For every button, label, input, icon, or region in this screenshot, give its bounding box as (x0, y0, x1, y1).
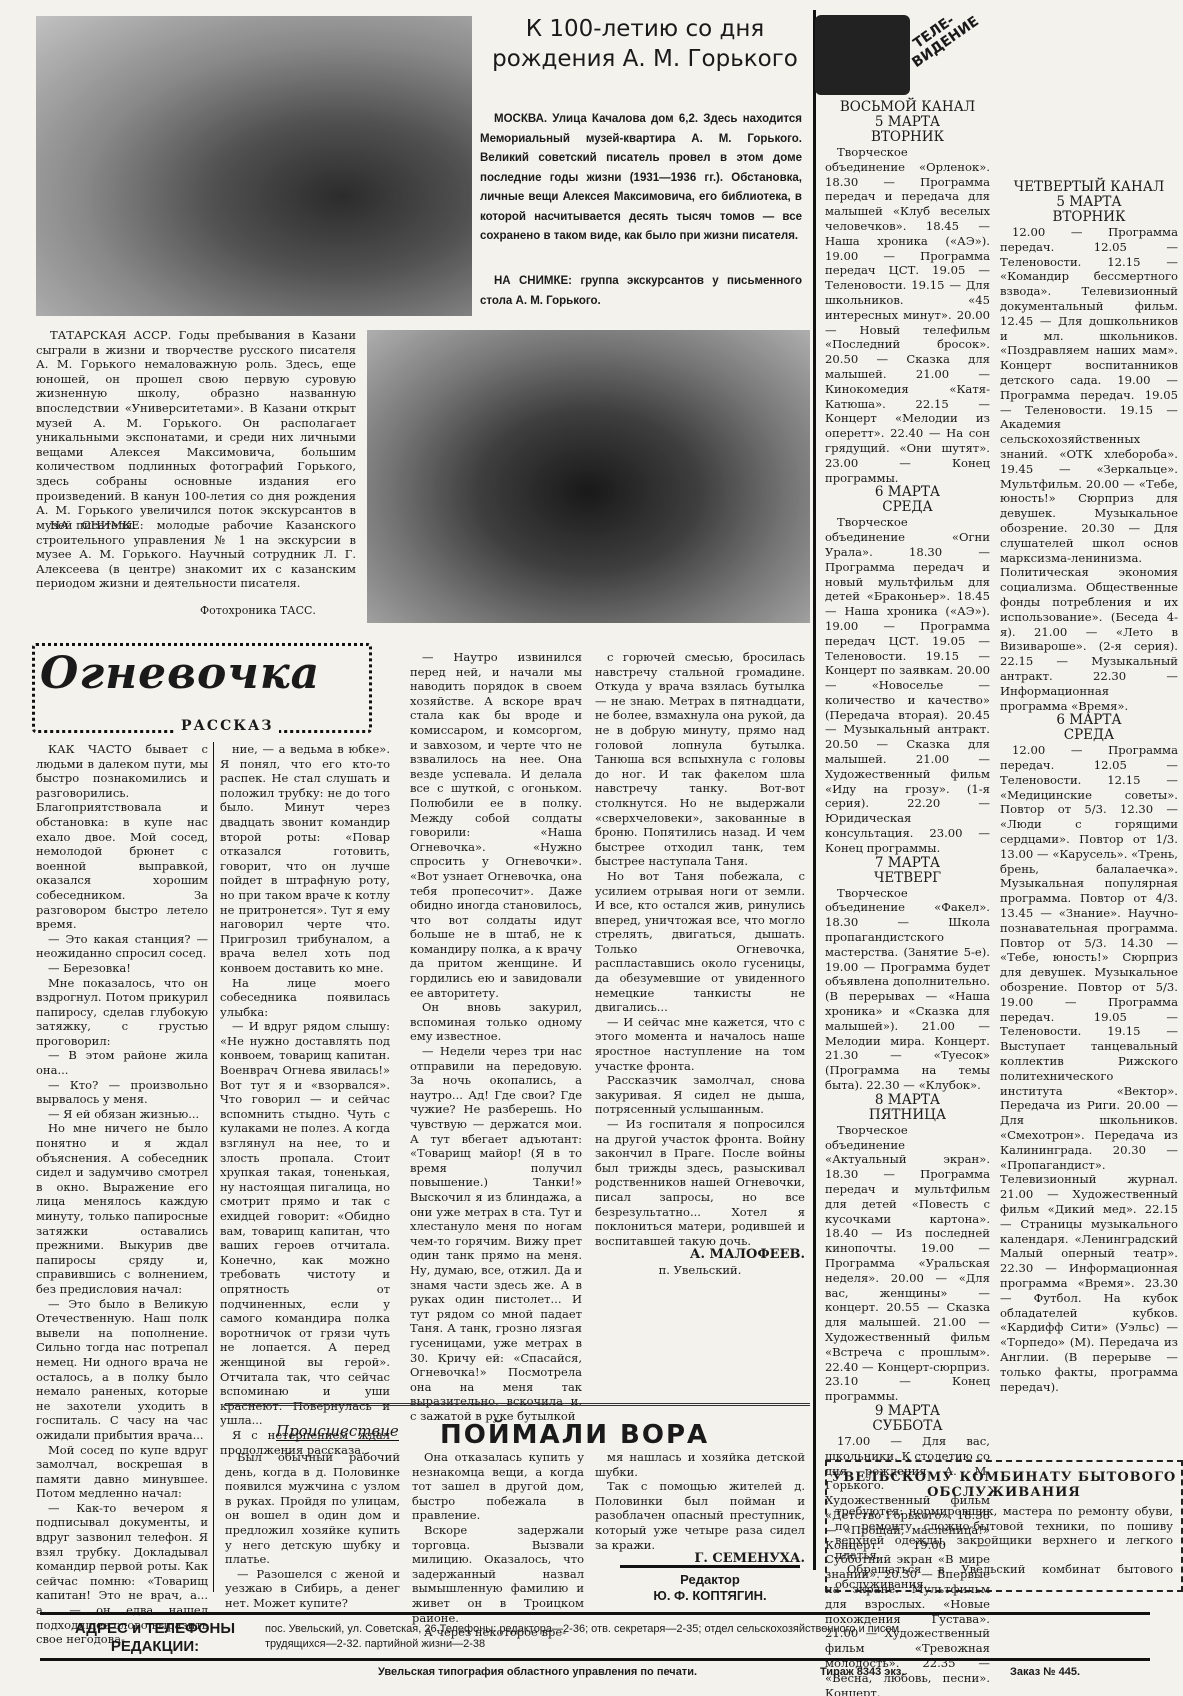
thief-paragraph: мя нашлась и хозяйка детской шубки. (595, 1450, 805, 1479)
thief-paragraph: Был обычный рабочий день, когда в д. Пол… (225, 1450, 400, 1567)
day-date: 9 МАРТА (825, 1404, 990, 1419)
story-paragraph: с горючей смесью, бросилась навстречу ст… (595, 650, 805, 869)
story-paragraph: — Наутро извинился перед ней, и начали м… (410, 650, 582, 1000)
day-program: Творческое объединение «Актуальный экран… (825, 1123, 990, 1404)
story-paragraph: — Из госпиталя я попросился на другой уч… (595, 1117, 805, 1248)
day-name: ВТОРНИК (1000, 210, 1178, 225)
story-paragraph: На лице моего собеседника появилась улыб… (220, 976, 390, 1020)
editor-name: Ю. Ф. КОПТЯГИН. (620, 1588, 800, 1604)
day-date: 6 МАРТА (825, 485, 990, 500)
day-program: Творческое объединение «Факел». 18.30 — … (825, 886, 990, 1093)
printer-info: Увельская типография областного управлен… (378, 1666, 697, 1678)
story-paragraph: — Это какая станция? — неожиданно спроси… (36, 932, 208, 961)
day-name: ЧЕТВЕРГ (825, 871, 990, 886)
story-column-2: ние, — а ведьма в юбке». Я понял, что ег… (220, 742, 390, 1457)
story-paragraph: Мне показалось, что он вздрогнул. Потом … (36, 976, 208, 1049)
column-rule (813, 10, 816, 1570)
thief-paragraph: Так с помощью жителей д. Половинки был п… (595, 1479, 805, 1552)
story-paragraph: — Это было в Великую Отечественную. Наш … (36, 1297, 208, 1443)
photo-credit: Фотохроника ТАСС. (200, 604, 316, 619)
day-date: 5 МАРТА (1000, 195, 1178, 210)
day-date: 8 МАРТА (825, 1093, 990, 1108)
channel4-title: ЧЕТВЕРТЫЙ КАНАЛ (1000, 180, 1178, 195)
story-column-3: — Наутро извинился перед ней, и начали м… (410, 650, 582, 1423)
day-name: СРЕДА (1000, 728, 1178, 743)
story-paragraph: — В этом районе жила она... (36, 1048, 208, 1077)
tatar-article: ТАТАРСКАЯ АССР. Годы пребывания в Казани… (36, 328, 356, 532)
story-paragraph: Он вновь закурил, вспоминая только одном… (410, 1000, 582, 1044)
story-paragraph: — Кто? — произвольно вырвалось у меня. (36, 1078, 208, 1107)
order-number: Заказ № 445. (1010, 1666, 1080, 1678)
day-date: 5 МАРТА (825, 115, 990, 130)
story-paragraph: Но вот Таня побежала, с усилием отрывая … (595, 869, 805, 1015)
column-rule (213, 742, 214, 1592)
thief-paragraph: Она отказалась купить у незнакомца вещи,… (412, 1450, 584, 1523)
day-name: СУББОТА (825, 1419, 990, 1434)
tv-logo-icon (815, 15, 910, 95)
thief-column-1: Был обычный рабочий день, когда в д. Пол… (225, 1450, 400, 1611)
channel8-title: ВОСЬМОЙ КАНАЛ (825, 100, 990, 115)
story-paragraph: — И сейчас мне кажется, что с этого моме… (595, 1015, 805, 1073)
incident-rubric: Происшествие (276, 1422, 399, 1441)
story-paragraph: КАК ЧАСТО бывает с людьми в далеком пути… (36, 742, 208, 932)
day-name: СРЕДА (825, 500, 990, 515)
day-program: 12.00 — Программа передач. 12.05 — Телен… (1000, 743, 1178, 1394)
gorky-heading: К 100-летию со дня рождения А. М. Горько… (480, 14, 810, 74)
story-paragraph: — Березовка! (36, 961, 208, 976)
editor-block: Редактор Ю. Ф. КОПТЯГИН. (620, 1572, 800, 1604)
tatar-caption: НА СНИМКЕ: молодые рабочие Казанского ст… (36, 518, 356, 591)
story-paragraph: — И вдруг рядом слышу: «Не нужно доставл… (220, 1019, 390, 1428)
story-paragraph: Рассказчик замолчал, снова закуривая. Я … (595, 1073, 805, 1117)
footer-label: АДРЕС и ТЕЛЕФОНЫ РЕДАКЦИИ: (60, 1620, 250, 1656)
story-paragraph: — Я ей обязан жизнью... (36, 1107, 208, 1122)
ad-body: требуются: нормировщик, мастера по ремон… (827, 1500, 1181, 1562)
editor-rule (620, 1565, 800, 1568)
moscow-article: МОСКВА. Улица Качалова дом 6,2. Здесь на… (480, 110, 802, 247)
day-name: ПЯТНИЦА (825, 1108, 990, 1123)
circulation: Тираж 8343 экз. (820, 1666, 904, 1678)
wavy-divider (225, 1398, 810, 1406)
story-author: А. МАЛОФЕЕВ. (595, 1248, 805, 1263)
day-program: Творческое объединение «Орленок». 18.30 … (825, 145, 990, 485)
tv-logo-text: ТЕЛЕ-ВИДЕНИЕ (901, 6, 998, 103)
moscow-caption: НА СНИМКЕ: группа экскурсантов у письмен… (480, 272, 802, 311)
channel4-column: ЧЕТВЕРТЫЙ КАНАЛ 5 МАРТА ВТОРНИК 12.00 — … (1000, 10, 1178, 1394)
footer-address: пос. Увельский, ул. Советская, 26 Телефо… (265, 1622, 915, 1652)
thief-column-3: мя нашлась и хозяйка детской шубки. Так … (595, 1450, 805, 1567)
story-paragraph: Мой сосед по купе вдруг замолчал, воскре… (36, 1443, 208, 1501)
day-program: Творческое объединение «Огни Урала». 18.… (825, 515, 990, 855)
story-paragraph: ние, — а ведьма в юбке». Я понял, что ег… (220, 742, 390, 976)
day-date: 6 МАРТА (1000, 713, 1178, 728)
thief-title: ПОЙМАЛИ ВОРА (440, 1420, 709, 1450)
editor-label: Редактор (620, 1572, 800, 1588)
thief-paragraph: — Разошелся с женой и уезжаю в Сибирь, а… (225, 1567, 400, 1611)
story-author-place: п. Увельский. (595, 1263, 805, 1278)
ad-title: УВЕЛЬСКОМУ КОМБИНАТУ БЫТОВОГО ОБСЛУЖИВАН… (827, 1470, 1181, 1500)
story-paragraph: — Недели через три нас отправили на пере… (410, 1044, 582, 1423)
day-program: 12.00 — Программа передач. 12.05 — Телен… (1000, 225, 1178, 713)
photo-museum-visitors (36, 16, 472, 316)
ad-contact: Обращаться в Увельский комбинат бытового… (827, 1562, 1181, 1591)
job-ad: УВЕЛЬСКОМУ КОМБИНАТУ БЫТОВОГО ОБСЛУЖИВАН… (825, 1460, 1183, 1592)
footer-rule-top (40, 1612, 1150, 1615)
thief-paragraph: Вскоре задержали торговца. Вызвали милиц… (412, 1523, 584, 1625)
footer-rule-bottom (40, 1658, 1150, 1661)
channel8-column: ВОСЬМОЙ КАНАЛ 5 МАРТА ВТОРНИК Творческое… (825, 100, 990, 1696)
story-subtitle: РАССКАЗ (175, 718, 279, 734)
photo-kazan-museum (367, 330, 810, 623)
story-column-1: КАК ЧАСТО бывает с людьми в далеком пути… (36, 742, 208, 1647)
story-column-4: с горючей смесью, бросилась навстречу ст… (595, 650, 805, 1278)
story-paragraph: Но мне ничего не было понятно и я ждал о… (36, 1121, 208, 1296)
day-name: ВТОРНИК (825, 130, 990, 145)
day-date: 7 МАРТА (825, 856, 990, 871)
story-title: Огневочка (40, 648, 320, 699)
